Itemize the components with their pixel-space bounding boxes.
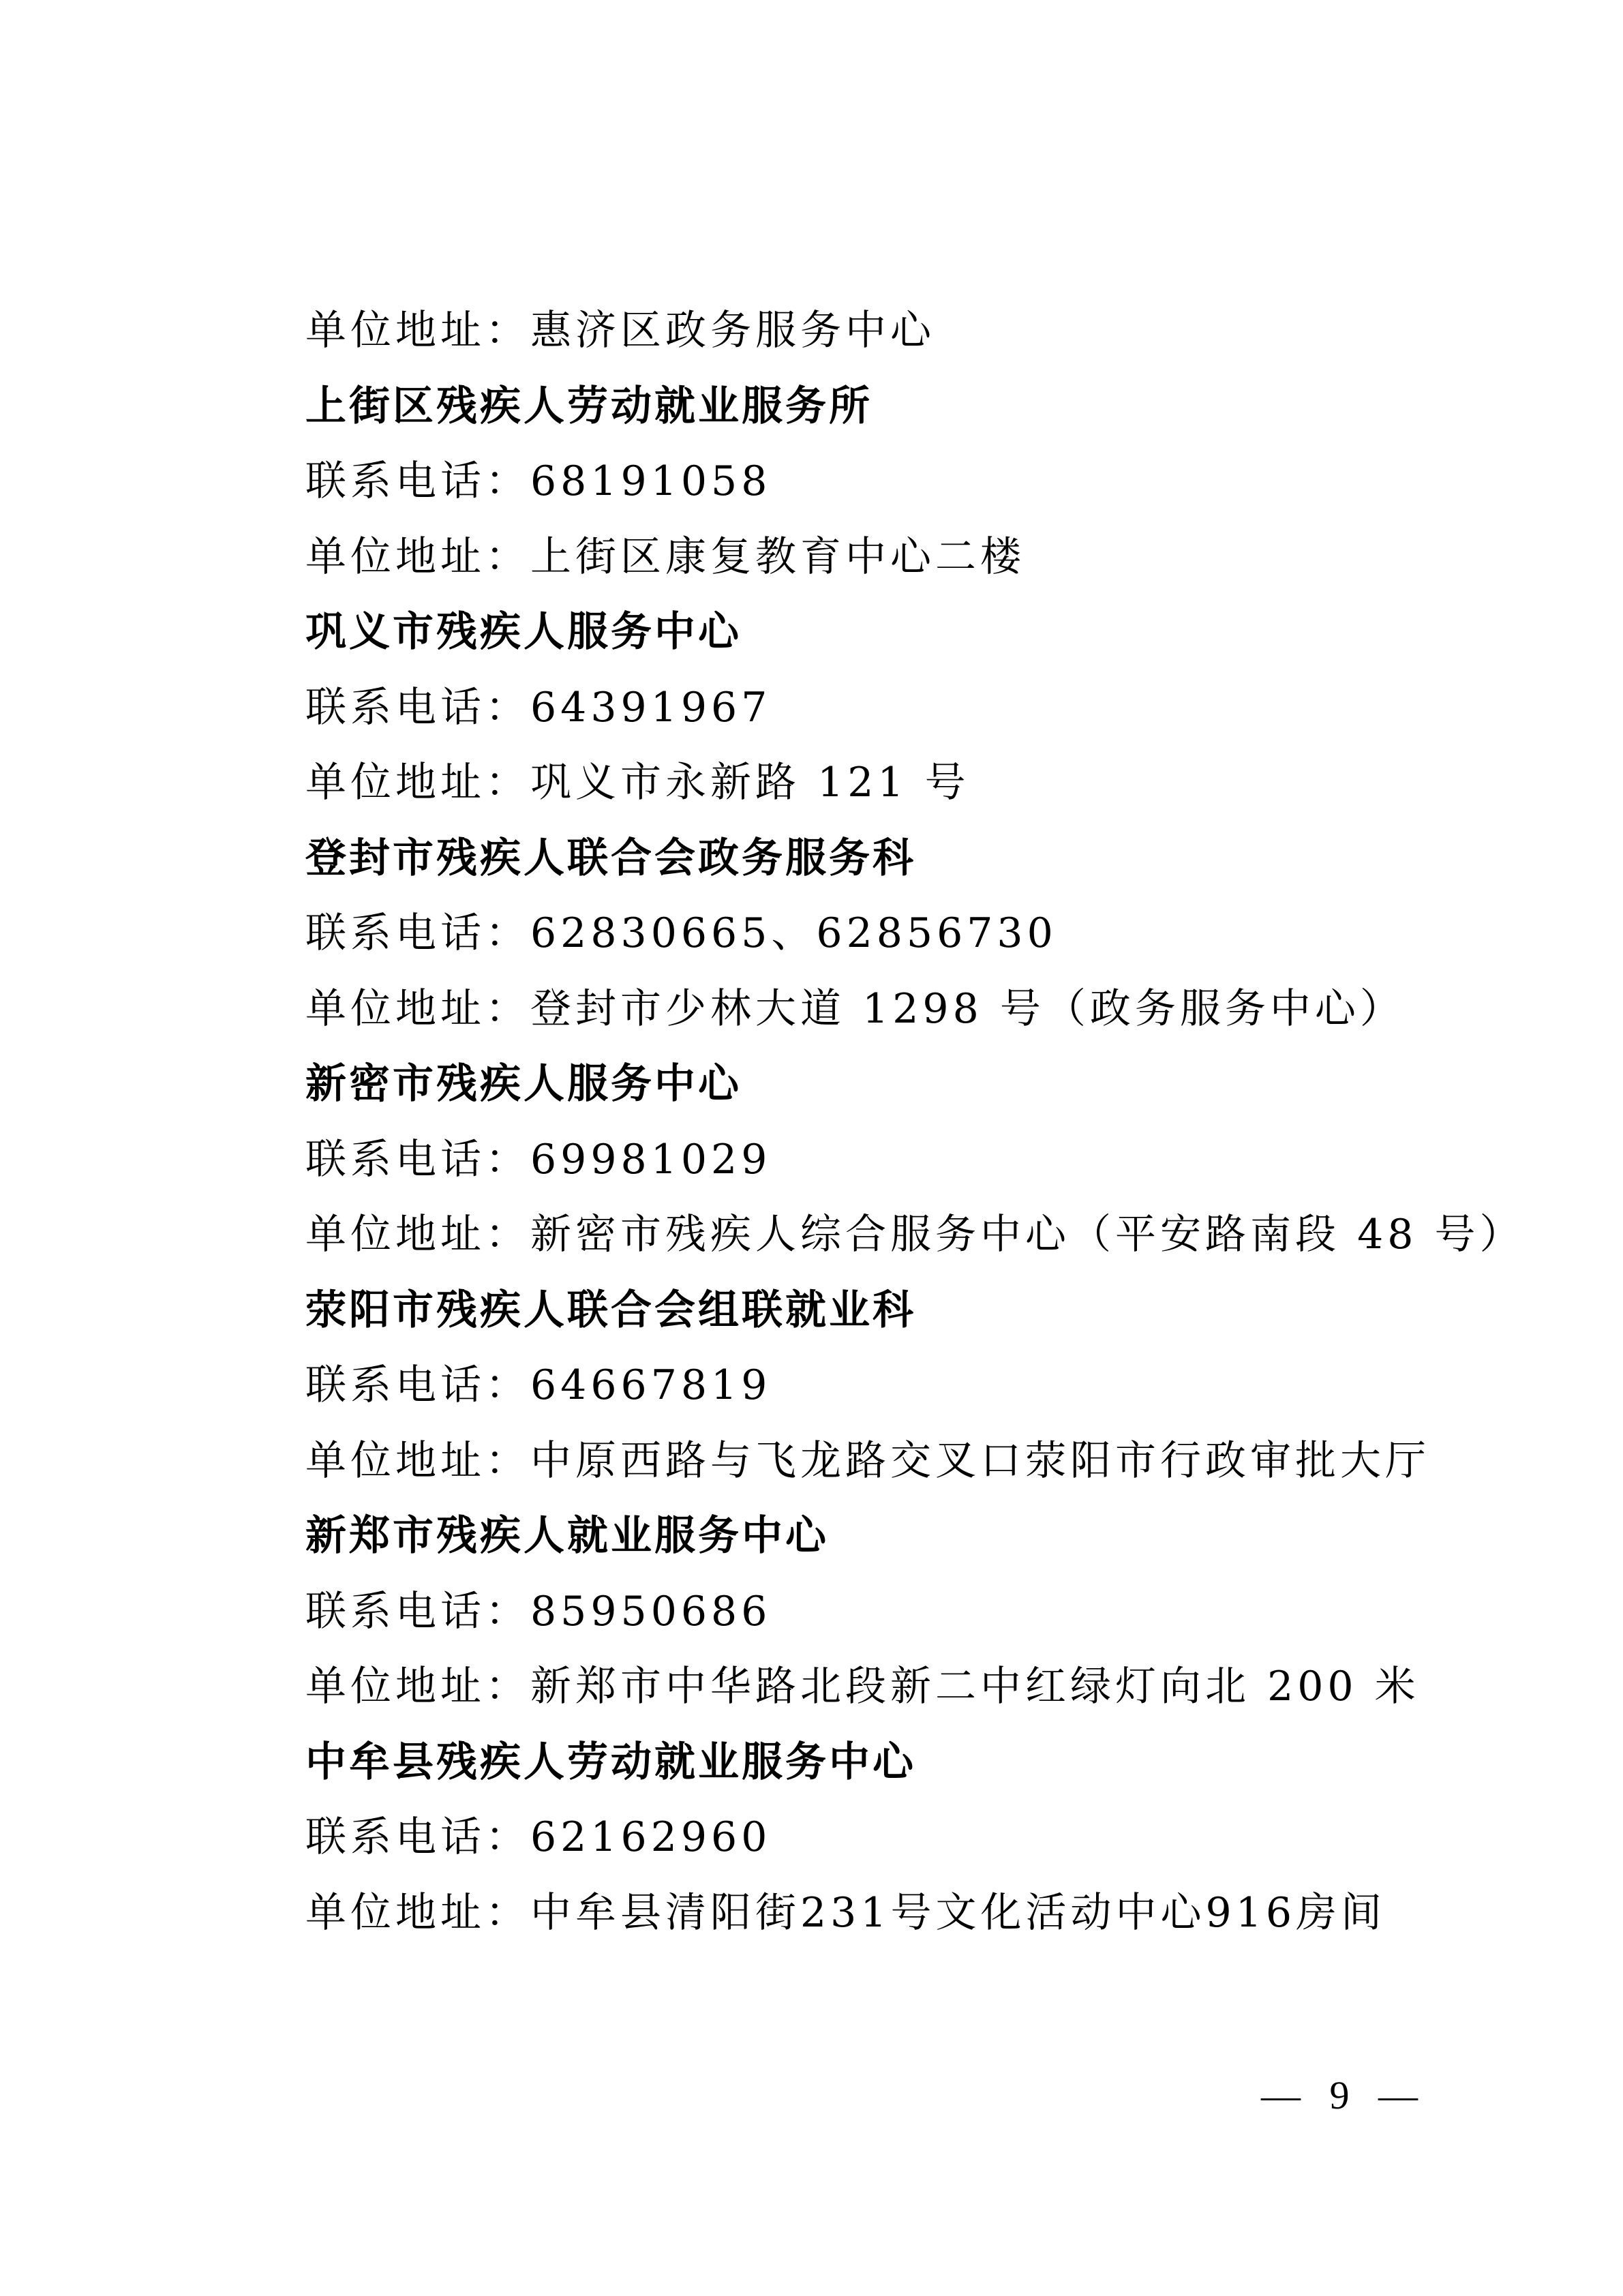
address-line: 单位地址：登封市少林大道 1298 号（政务服务中心） bbox=[305, 971, 1532, 1047]
address-label: 单位地址： bbox=[305, 985, 530, 1033]
phone-line: 联系电话：69981029 bbox=[305, 1122, 1532, 1198]
organization-heading: 巩义市残疾人服务中心 bbox=[305, 594, 1532, 670]
address-line: 单位地址：新密市残疾人综合服务中心（平安路南段 48 号） bbox=[305, 1197, 1532, 1273]
phone-value: 68191058 bbox=[530, 457, 771, 505]
phone-value: 62830665、62856730 bbox=[530, 909, 1057, 957]
phone-line: 联系电话：64667819 bbox=[305, 1348, 1532, 1423]
organization-heading: 新密市残疾人服务中心 bbox=[305, 1046, 1532, 1122]
contact-list: 单位地址：惠济区政务服务中心 上街区残疾人劳动就业服务所 联系电话：681910… bbox=[305, 293, 1532, 1950]
phone-line: 联系电话：62830665、62856730 bbox=[305, 896, 1532, 971]
address-label: 单位地址： bbox=[305, 759, 530, 806]
phone-label: 联系电话： bbox=[305, 909, 530, 957]
document-page: 单位地址：惠济区政务服务中心 上街区残疾人劳动就业服务所 联系电话：681910… bbox=[0, 0, 1623, 2296]
address-label: 单位地址： bbox=[305, 307, 530, 354]
phone-value: 85950686 bbox=[530, 1588, 771, 1635]
address-label: 单位地址： bbox=[305, 1211, 530, 1258]
address-value: 新郑市中华路北段新二中红绿灯向北 200 米 bbox=[530, 1663, 1420, 1710]
phone-value: 64391967 bbox=[530, 684, 771, 731]
phone-line: 联系电话：85950686 bbox=[305, 1574, 1532, 1650]
address-line: 单位地址：新郑市中华路北段新二中红绿灯向北 200 米 bbox=[305, 1649, 1532, 1725]
address-value: 登封市少林大道 1298 号（政务服务中心） bbox=[530, 985, 1405, 1033]
address-label: 单位地址： bbox=[305, 1889, 530, 1937]
address-line: 单位地址：惠济区政务服务中心 bbox=[305, 293, 1532, 369]
phone-line: 联系电话：68191058 bbox=[305, 444, 1532, 519]
phone-label: 联系电话： bbox=[305, 1361, 530, 1409]
phone-label: 联系电话： bbox=[305, 1588, 530, 1635]
address-line: 单位地址：巩义市永新路 121 号 bbox=[305, 745, 1532, 821]
address-line: 单位地址：中原西路与飞龙路交叉口荥阳市行政审批大厅 bbox=[305, 1423, 1532, 1499]
phone-label: 联系电话： bbox=[305, 684, 530, 731]
address-value: 惠济区政务服务中心 bbox=[530, 307, 935, 354]
address-label: 单位地址： bbox=[305, 1437, 530, 1485]
address-value: 新密市残疾人综合服务中心（平安路南段 48 号） bbox=[530, 1211, 1525, 1258]
address-line: 单位地址：上街区康复教育中心二楼 bbox=[305, 519, 1532, 595]
address-value: 上街区康复教育中心二楼 bbox=[530, 533, 1025, 581]
organization-heading: 上街区残疾人劳动就业服务所 bbox=[305, 369, 1532, 444]
phone-value: 69981029 bbox=[530, 1136, 771, 1183]
address-value: 中原西路与飞龙路交叉口荥阳市行政审批大厅 bbox=[530, 1437, 1430, 1485]
phone-label: 联系电话： bbox=[305, 457, 530, 505]
phone-value: 64667819 bbox=[530, 1361, 771, 1409]
address-label: 单位地址： bbox=[305, 1663, 530, 1710]
organization-heading: 登封市残疾人联合会政务服务科 bbox=[305, 821, 1532, 896]
address-value: 中牟县清阳街231号文化活动中心916房间 bbox=[530, 1889, 1386, 1937]
phone-line: 联系电话：62162960 bbox=[305, 1800, 1532, 1875]
page-number: — 9 — bbox=[1261, 2072, 1427, 2118]
organization-heading: 新郑市残疾人就业服务中心 bbox=[305, 1498, 1532, 1574]
phone-value: 62162960 bbox=[530, 1813, 771, 1861]
organization-heading: 荥阳市残疾人联合会组联就业科 bbox=[305, 1273, 1532, 1348]
phone-label: 联系电话： bbox=[305, 1813, 530, 1861]
address-line: 单位地址：中牟县清阳街231号文化活动中心916房间 bbox=[305, 1875, 1532, 1951]
organization-heading: 中牟县残疾人劳动就业服务中心 bbox=[305, 1725, 1532, 1800]
address-value: 巩义市永新路 121 号 bbox=[530, 759, 970, 806]
phone-label: 联系电话： bbox=[305, 1136, 530, 1183]
address-label: 单位地址： bbox=[305, 533, 530, 581]
phone-line: 联系电话：64391967 bbox=[305, 670, 1532, 746]
